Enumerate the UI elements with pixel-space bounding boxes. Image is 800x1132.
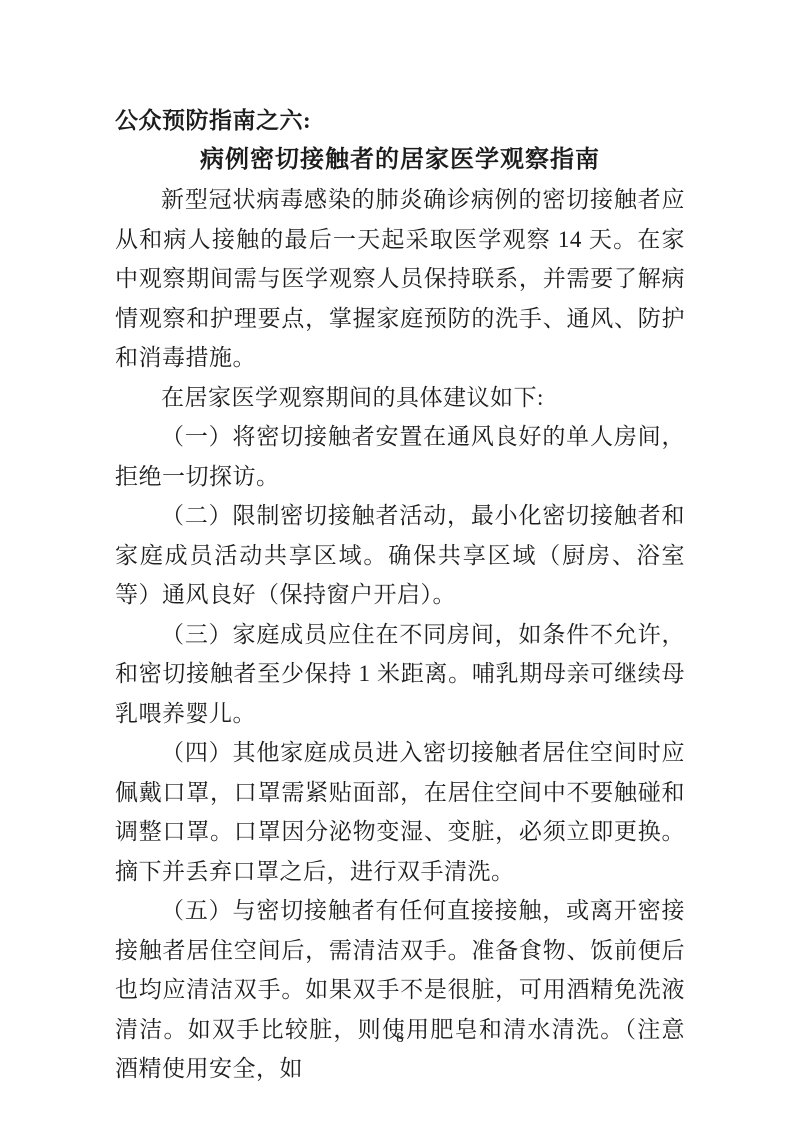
document-content: 公众预防指南之六: 病例密切接触者的居家医学观察指南 新型冠状病毒感染的肺炎确诊… bbox=[115, 101, 685, 1089]
section-label: 公众预防指南之六: bbox=[115, 101, 685, 141]
document-page: 公众预防指南之六: 病例密切接触者的居家医学观察指南 新型冠状病毒感染的肺炎确诊… bbox=[0, 0, 800, 1132]
paragraph-item-1: （一）将密切接触者安置在通风良好的单人房间，拒绝一切探访。 bbox=[115, 417, 685, 496]
page-number: 8 bbox=[0, 1030, 800, 1047]
document-title: 病例密切接触者的居家医学观察指南 bbox=[115, 141, 685, 181]
paragraph-item-4: （四）其他家庭成员进入密切接触者居住空间时应佩戴口罩，口罩需紧贴面部，在居住空间… bbox=[115, 733, 685, 891]
paragraph-item-5: （五）与密切接触者有任何直接接触，或离开密接接触者居住空间后，需清洁双手。准备食… bbox=[115, 891, 685, 1089]
paragraph-intro: 新型冠状病毒感染的肺炎确诊病例的密切接触者应从和病人接触的最后一天起采取医学观察… bbox=[115, 180, 685, 378]
paragraph-advice-lead: 在居家医学观察期间的具体建议如下: bbox=[115, 378, 685, 418]
paragraph-item-2: （二）限制密切接触者活动，最小化密切接触者和家庭成员活动共享区域。确保共享区域（… bbox=[115, 496, 685, 615]
paragraph-item-3: （三）家庭成员应住在不同房间，如条件不允许，和密切接触者至少保持 1 米距离。哺… bbox=[115, 615, 685, 734]
